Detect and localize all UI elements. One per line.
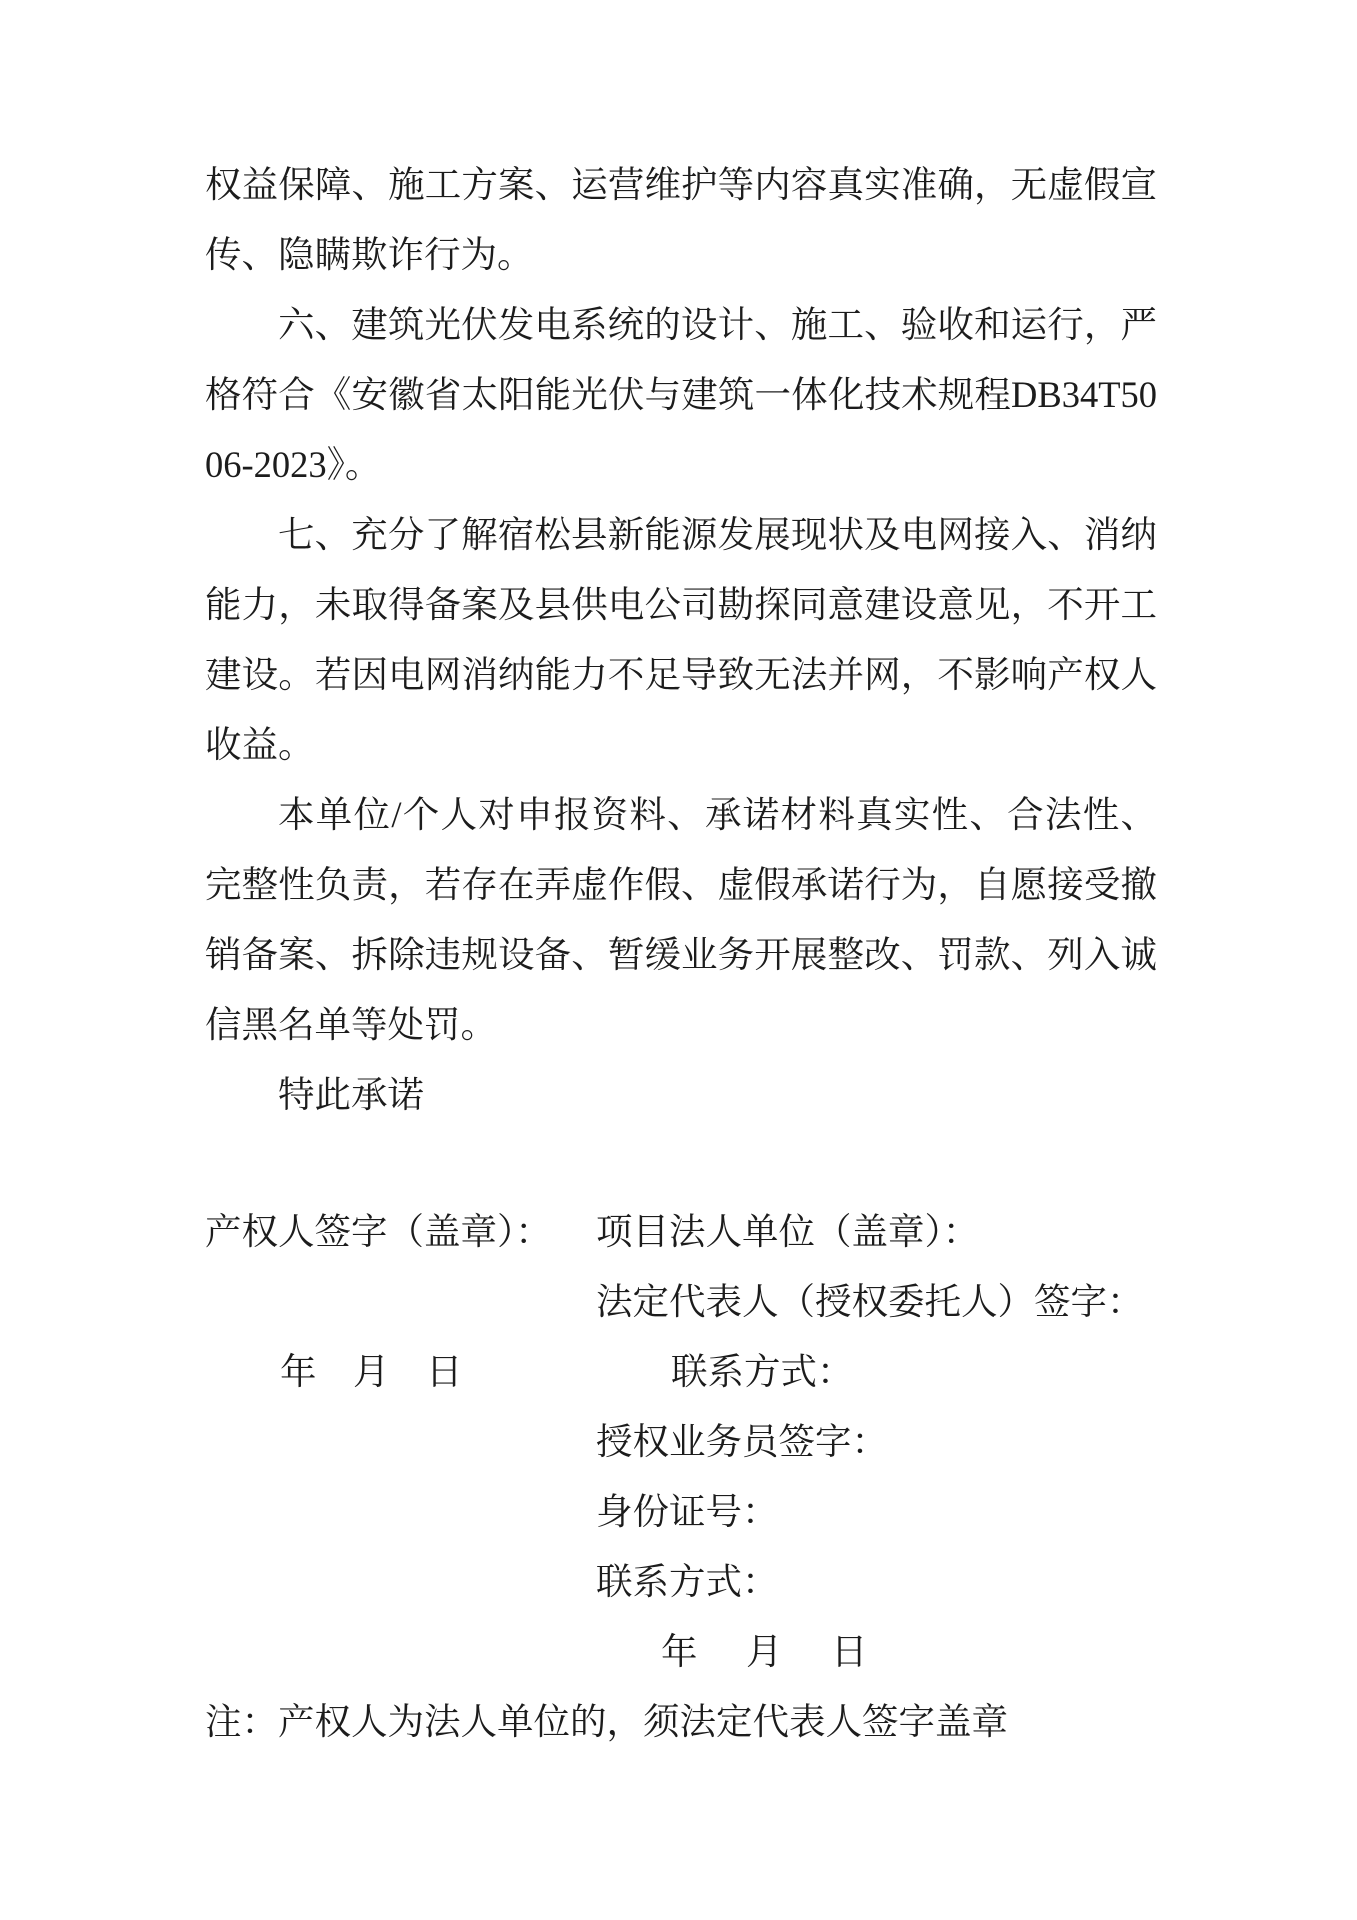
paragraph-liability-statement: 本单位/个人对申报资料、承诺材料真实性、合法性、完整性负责，若存在弄虚作假、虚假… [205,780,1157,1060]
signature-left-space [205,1617,596,1687]
signature-row-legal-rep: 法定代表人（授权委托人）签字： [205,1267,1157,1337]
owner-date-line: 年 月 日 [205,1337,671,1407]
paragraph-item-six: 六、建筑光伏发电系统的设计、施工、验收和运行，严格符合《安徽省太阳能光伏与建筑一… [205,290,1157,500]
footnote-legal-entity-note: 注：产权人为法人单位的，须法定代表人签字盖章 [205,1687,1157,1757]
paragraph-item-seven: 七、充分了解宿松县新能源发展现状及电网接入、消纳能力，未取得备案及县供电公司勘探… [205,500,1157,780]
signature-left-space [205,1477,596,1547]
legal-representative-sign-label: 法定代表人（授权委托人）签字： [596,1267,1157,1337]
signature-row-agent-sign: 授权业务员签字： [205,1407,1157,1477]
project-unit-seal-label: 项目法人单位（盖章）： [596,1197,1157,1267]
document-content: 权益保障、施工方案、运营维护等内容真实准确，无虚假宣传、隐瞒欺诈行为。 六、建筑… [205,150,1157,1757]
signature-row-owner-date-contact: 年 月 日 联系方式： [205,1337,1157,1407]
signature-section: 产权人签字（盖章）： 项目法人单位（盖章）： 法定代表人（授权委托人）签字： 年… [205,1197,1157,1757]
signature-left-space [205,1267,596,1337]
owner-sign-seal-label: 产权人签字（盖章）： [205,1197,596,1267]
signature-row-unit-date: 年 月 日 [205,1617,1157,1687]
agent-contact-label: 联系方式： [596,1547,1157,1617]
paragraph-commitment-closing: 特此承诺 [205,1060,1157,1130]
signature-row-agent-id: 身份证号： [205,1477,1157,1547]
paragraph-continuation-accuracy: 权益保障、施工方案、运营维护等内容真实准确，无虚假宣传、隐瞒欺诈行为。 [205,150,1157,290]
document-page: 权益保障、施工方案、运营维护等内容真实准确，无虚假宣传、隐瞒欺诈行为。 六、建筑… [0,0,1357,1920]
signature-row-seal-labels: 产权人签字（盖章）： 项目法人单位（盖章）： [205,1197,1157,1267]
unit-date-line: 年 月 日 [596,1617,1157,1687]
signature-left-space [205,1547,596,1617]
signature-row-agent-contact: 联系方式： [205,1547,1157,1617]
unit-contact-label: 联系方式： [671,1337,1157,1407]
signature-left-space [205,1407,596,1477]
agent-id-number-label: 身份证号： [596,1477,1157,1547]
authorized-agent-sign-label: 授权业务员签字： [596,1407,1157,1477]
